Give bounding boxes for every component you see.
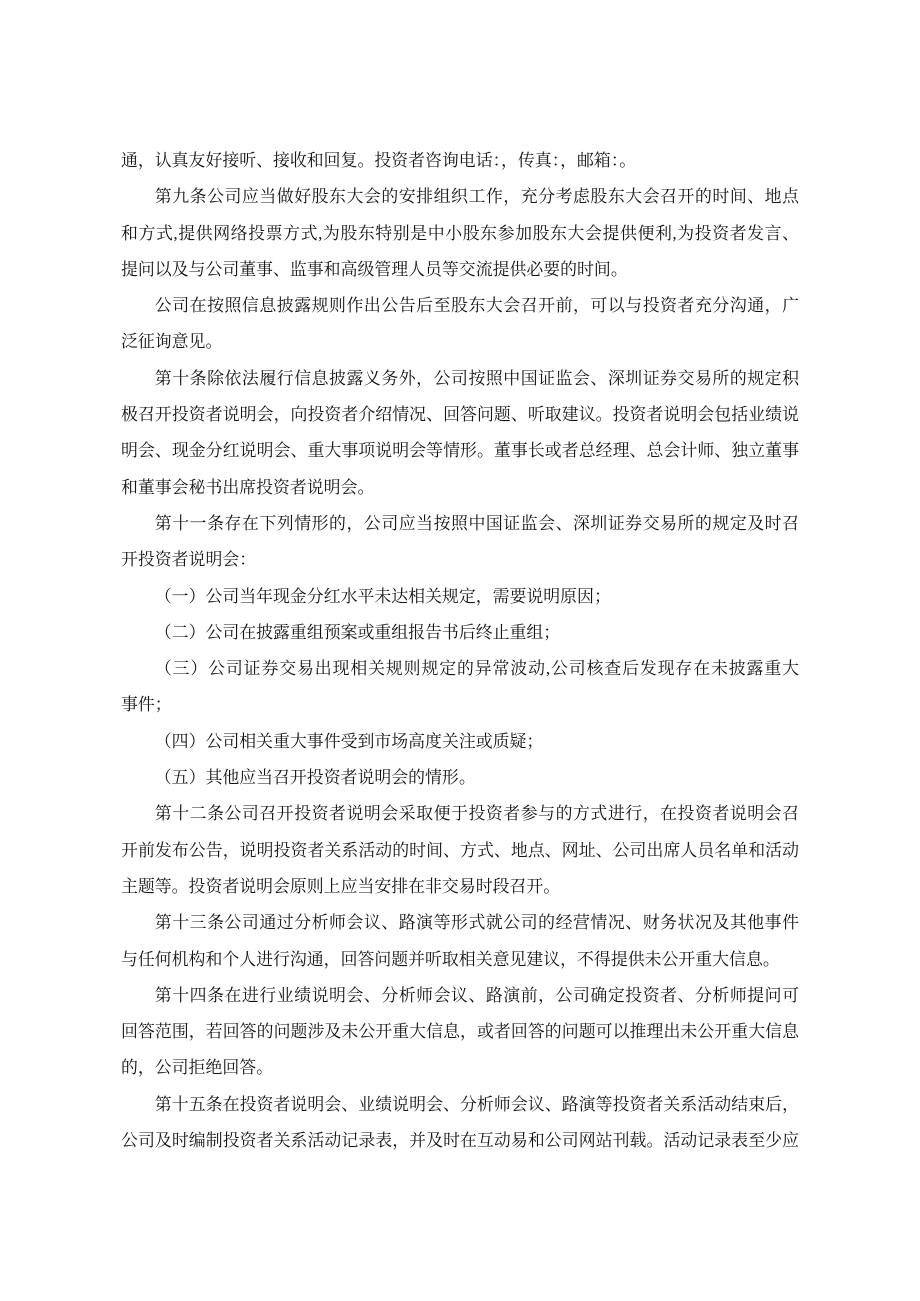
doc-line: 第十条除依法履行信息披露义务外，公司按照中国证监会、深圳证券交易所的规定积 xyxy=(121,361,799,397)
doc-line: 第九条公司应当做好股东大会的安排组织工作，充分考虑股东大会召开的时间、地点 xyxy=(121,179,799,215)
doc-line: 第十四条在进行业绩说明会、分析师会议、路演前，公司确定投资者、分析师提问可 xyxy=(121,978,799,1014)
doc-line: （四）公司相关重大事件受到市场高度关注或质疑； xyxy=(121,724,799,760)
doc-line: 开投资者说明会： xyxy=(121,542,799,578)
doc-line: （二）公司在披露重组预案或重组报告书后终止重组； xyxy=(121,615,799,651)
doc-line: 与任何机构和个人进行沟通，回答问题并听取相关意见建议，不得提供未公开重大信息。 xyxy=(121,942,799,978)
doc-line: 的，公司拒绝回答。 xyxy=(121,1050,799,1086)
doc-line: 第十五条在投资者说明会、业绩说明会、分析师会议、路演等投资者关系活动结束后， xyxy=(121,1087,799,1123)
doc-line: 公司及时编制投资者关系活动记录表，并及时在互动易和公司网站刊载。活动记录表至少应 xyxy=(121,1123,799,1159)
doc-line: 极召开投资者说明会，向投资者介绍情况、回答问题、听取建议。投资者说明会包括业绩说 xyxy=(121,397,799,433)
doc-line: （五）其他应当召开投资者说明会的情形。 xyxy=(121,760,799,796)
doc-line: 开前发布公告，说明投资者关系活动的时间、方式、地点、网址、公司出席人员名单和活动 xyxy=(121,833,799,869)
doc-line: 主题等。投资者说明会原则上应当安排在非交易时段召开。 xyxy=(121,869,799,905)
doc-line: （三）公司证券交易出现相关规则规定的异常波动,公司核查后发现存在未披露重大 xyxy=(121,651,799,687)
doc-line: 泛征询意见。 xyxy=(121,324,799,360)
doc-line: 事件； xyxy=(121,687,799,723)
document-text-block: 通，认真友好接听、接收和回复。投资者咨询电话：，传真：，邮箱：。 第九条公司应当… xyxy=(121,143,799,1159)
doc-line: 通，认真友好接听、接收和回复。投资者咨询电话：，传真：，邮箱：。 xyxy=(121,143,799,179)
doc-line: 和方式,提供网络投票方式,为股东特别是中小股东参加股东大会提供便利,为投资者发言… xyxy=(121,216,799,252)
doc-line: 和董事会秘书出席投资者说明会。 xyxy=(121,470,799,506)
doc-line: 提问以及与公司董事、监事和高级管理人员等交流提供必要的时间。 xyxy=(121,252,799,288)
doc-line: 第十三条公司通过分析师会议、路演等形式就公司的经营情况、财务状况及其他事件 xyxy=(121,905,799,941)
doc-line: 第十一条存在下列情形的，公司应当按照中国证监会、深圳证券交易所的规定及时召 xyxy=(121,506,799,542)
doc-line: （一）公司当年现金分红水平未达相关规定，需要说明原因； xyxy=(121,579,799,615)
doc-line: 公司在按照信息披露规则作出公告后至股东大会召开前，可以与投资者充分沟通，广 xyxy=(121,288,799,324)
doc-line: 明会、现金分红说明会、重大事项说明会等情形。董事长或者总经理、总会计师、独立董事 xyxy=(121,433,799,469)
document-page: 通，认真友好接听、接收和回复。投资者咨询电话：，传真：，邮箱：。 第九条公司应当… xyxy=(0,0,920,1301)
doc-line: 回答范围，若回答的问题涉及未公开重大信息，或者回答的问题可以推理出未公开重大信息 xyxy=(121,1014,799,1050)
doc-line: 第十二条公司召开投资者说明会采取便于投资者参与的方式进行，在投资者说明会召 xyxy=(121,796,799,832)
